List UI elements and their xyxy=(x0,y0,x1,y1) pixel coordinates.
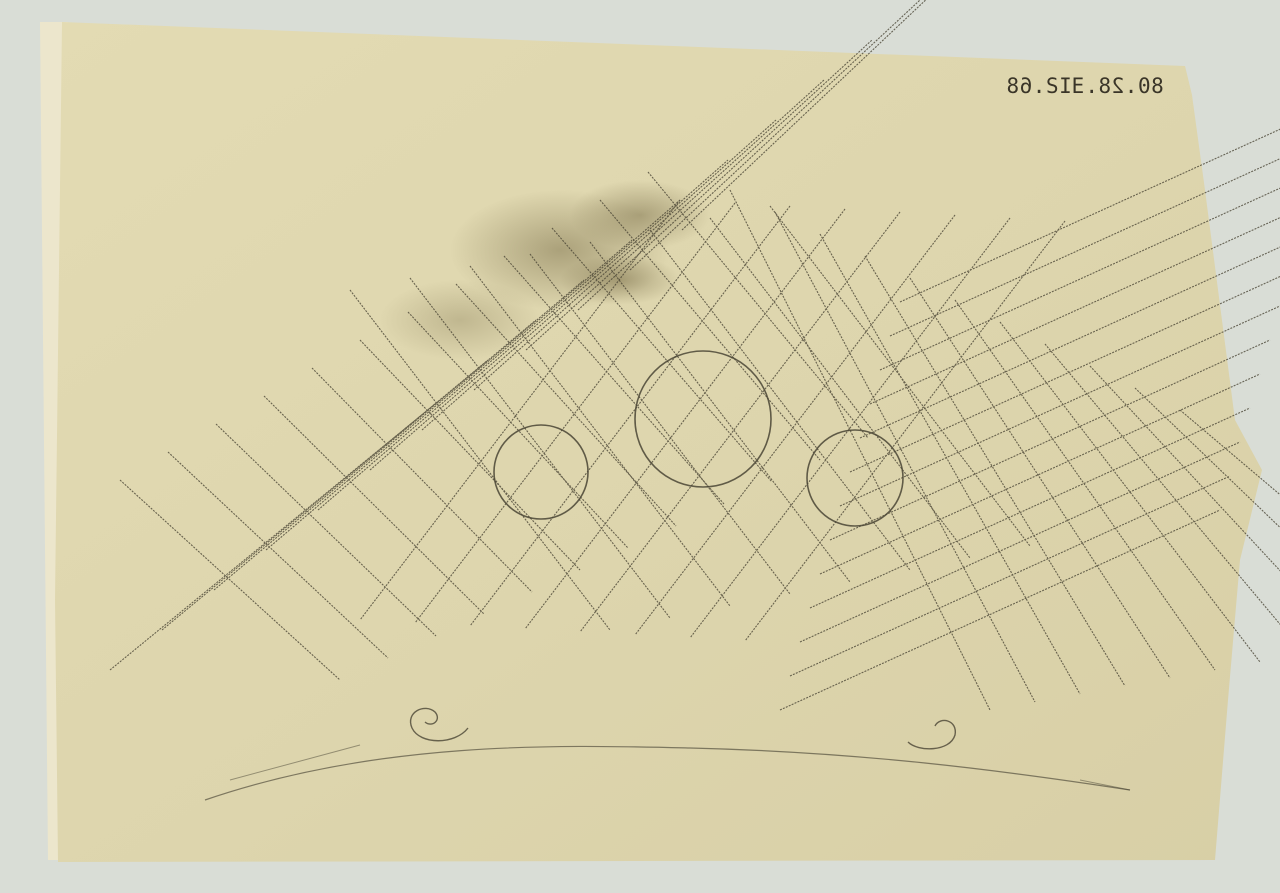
accession-inscription: 80.28.ƎIƧ.68 xyxy=(1006,74,1164,98)
drawing-scan xyxy=(0,0,1280,893)
paper-sheet xyxy=(55,22,1262,862)
